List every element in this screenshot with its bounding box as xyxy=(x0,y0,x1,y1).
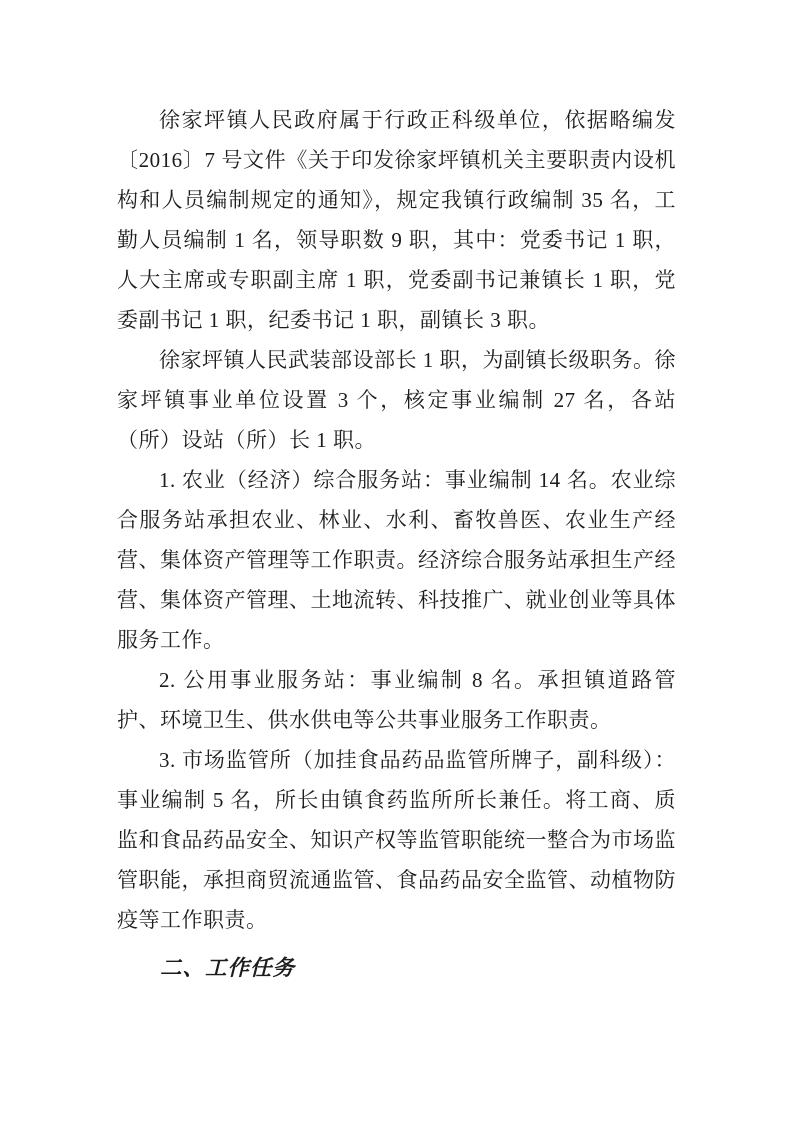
paragraph-agriculture-service-station: 1. 农业（经济）综合服务站：事业编制 14 名。农业综合服务站承担农业、林业、… xyxy=(117,460,676,660)
paragraph-armed-forces-and-institutions: 徐家坪镇人民武装部设部长 1 职，为副镇长级职务。徐家坪镇事业单位设置 3 个，… xyxy=(117,340,676,460)
paragraph-public-utility-station: 2. 公用事业服务站：事业编制 8 名。承担镇道路管护、环境卫生、供水供电等公共… xyxy=(117,660,676,740)
document-text-block: 徐家坪镇人民政府属于行政正科级单位，依据略编发〔2016〕7 号文件《关于印发徐… xyxy=(117,100,676,988)
document-page: 徐家坪镇人民政府属于行政正科级单位，依据略编发〔2016〕7 号文件《关于印发徐… xyxy=(0,0,793,1122)
paragraph-staffing-overview: 徐家坪镇人民政府属于行政正科级单位，依据略编发〔2016〕7 号文件《关于印发徐… xyxy=(117,100,676,340)
section-heading-work-tasks: 二、工作任务 xyxy=(117,948,676,988)
paragraph-market-supervision-office: 3. 市场监管所（加挂食品药品监管所牌子，副科级）：事业编制 5 名，所长由镇食… xyxy=(117,740,676,940)
